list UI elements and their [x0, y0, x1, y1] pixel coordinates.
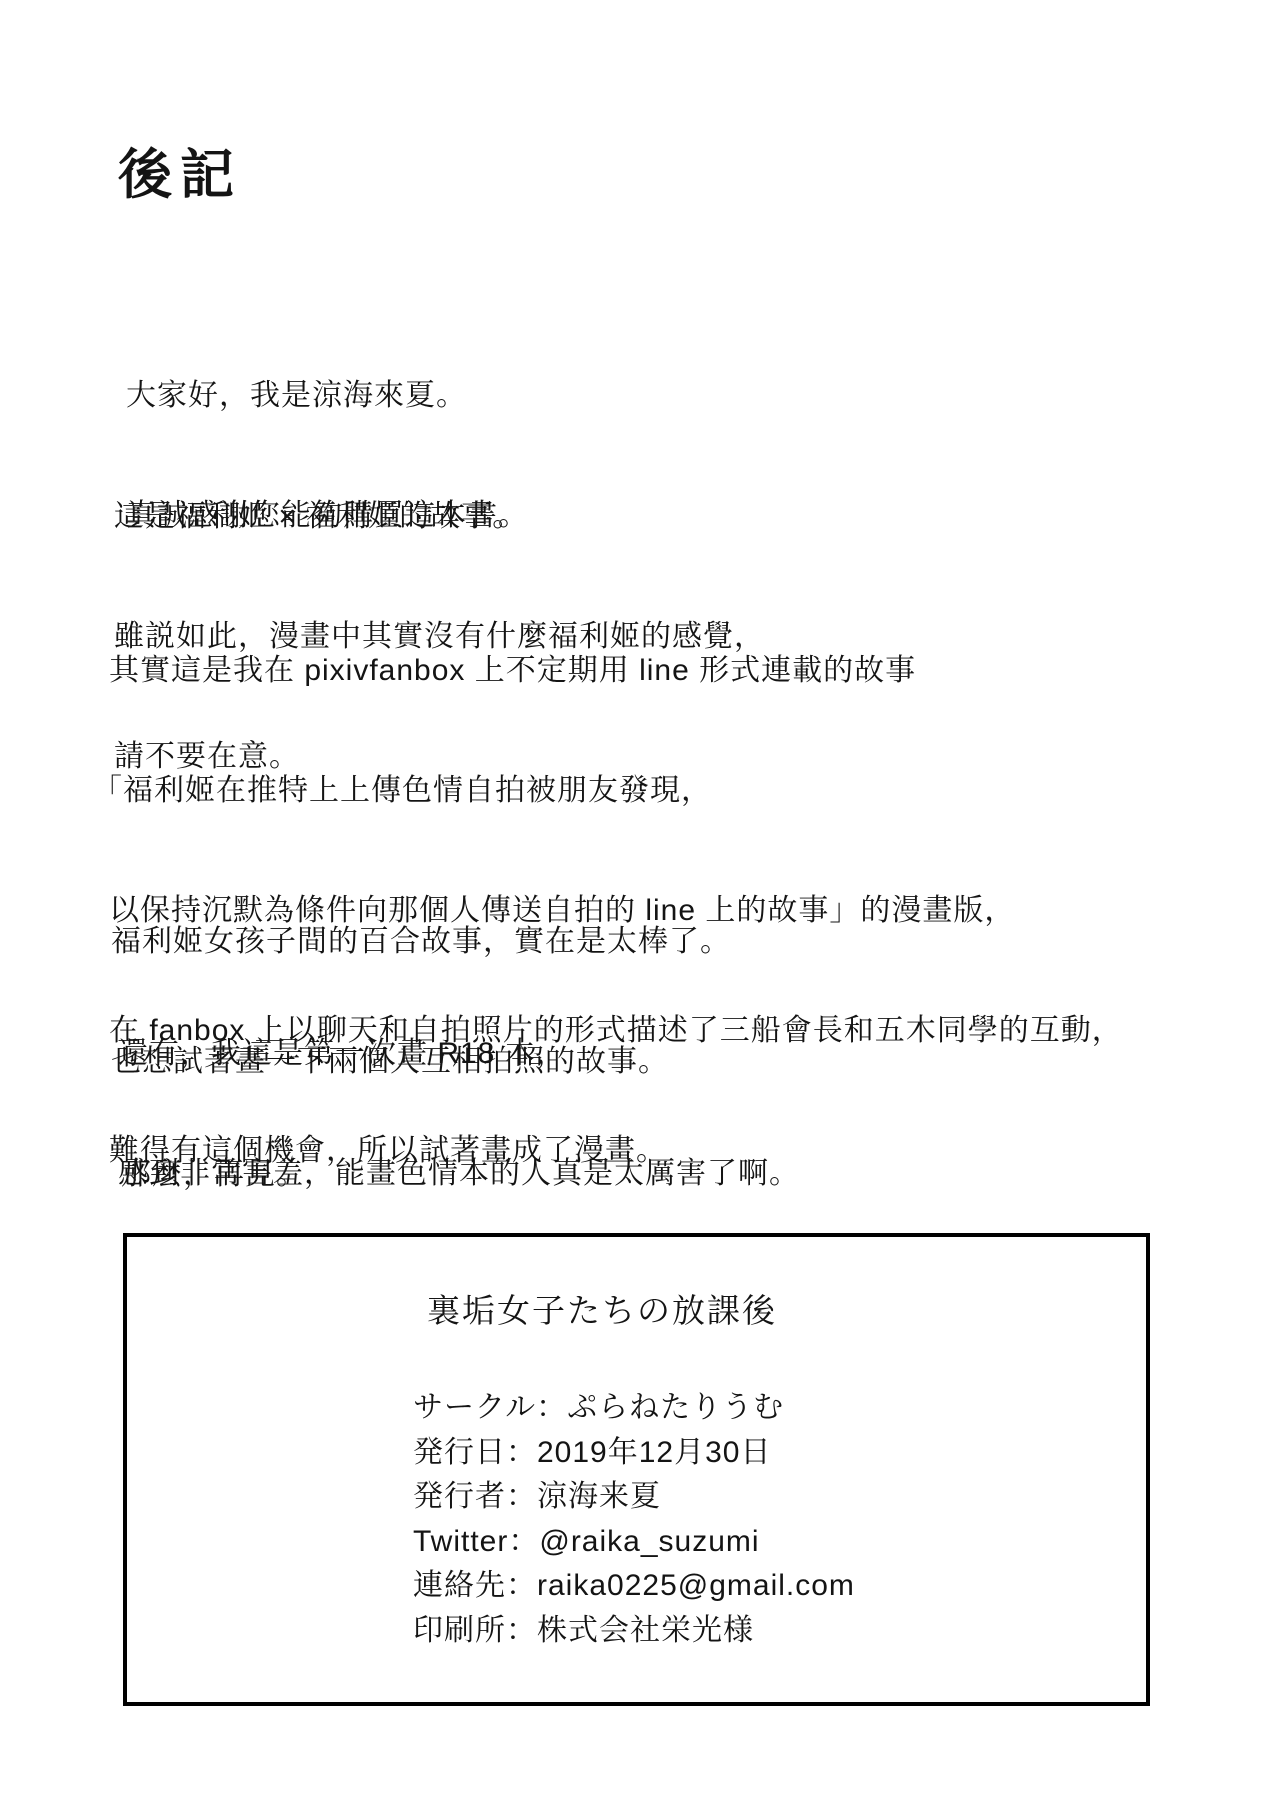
colophon-separator: ：	[506, 1569, 537, 1602]
colophon-entry-printer: 印刷所：株式会社栄光様	[413, 1609, 855, 1654]
afterword-page: 後記 大家好，我是涼海來夏。 真誠感謝您能夠購買這本書。 這是福利姬 × 福利姬…	[0, 0, 1280, 1808]
page-title: 後記	[118, 148, 242, 202]
colophon-value: @raika_suzumi	[539, 1525, 759, 1558]
colophon-separator: ：	[506, 1614, 537, 1647]
colophon-entry-publish-date: 発行日：2019年12月30日	[413, 1431, 855, 1476]
text-line: 這是福利姬 × 福利姬的故事。	[114, 497, 765, 537]
colophon-list: サークル：ぷらねたりうむ 発行日：2019年12月30日 発行者：涼海来夏 Tw…	[413, 1386, 855, 1653]
colophon-label: 発行日	[413, 1436, 506, 1469]
colophon-entry-contact: 連絡先：raika0225@gmail.com	[413, 1564, 855, 1609]
colophon-separator: ：	[506, 1480, 537, 1513]
colophon-value: 株式会社栄光様	[537, 1614, 754, 1647]
text-line: 「福利姬在推特上上傳色情自拍被朋友發現，	[92, 771, 1123, 811]
colophon-label: 印刷所	[413, 1614, 506, 1647]
colophon-separator: ：	[508, 1525, 539, 1558]
colophon-separator: ：	[536, 1391, 567, 1424]
colophon-label: 連絡先	[413, 1569, 506, 1602]
colophon-label: Twitter	[413, 1525, 508, 1558]
text-line: 大家好，我是涼海來夏。	[126, 376, 529, 416]
colophon-entry-circle: サークル：ぷらねたりうむ	[413, 1386, 855, 1431]
colophon-value: raika0225@gmail.com	[537, 1569, 855, 1602]
text-line: 還有，我這是第一次畫 R18 本，	[118, 1034, 800, 1074]
colophon-entry-twitter: Twitter：@raika_suzumi	[413, 1520, 855, 1565]
book-title: 裏垢女子たちの放課後	[427, 1292, 777, 1330]
text-line: 那麼，再見。	[121, 1155, 307, 1195]
colophon-value: 涼海来夏	[537, 1480, 661, 1513]
colophon-box: 裏垢女子たちの放課後 サークル：ぷらねたりうむ 発行日：2019年12月30日 …	[123, 1233, 1150, 1706]
colophon-value: ぷらねたりうむ	[567, 1391, 784, 1424]
colophon-label: 発行者	[413, 1480, 506, 1513]
colophon-value: 2019年12月30日	[537, 1436, 771, 1469]
colophon-separator: ：	[506, 1436, 537, 1469]
text-line: 其實這是我在 pixivfanbox 上不定期用 line 形式連載的故事	[109, 651, 1123, 691]
colophon-entry-publisher: 発行者：涼海来夏	[413, 1475, 855, 1520]
colophon-label: サークル	[413, 1391, 536, 1424]
